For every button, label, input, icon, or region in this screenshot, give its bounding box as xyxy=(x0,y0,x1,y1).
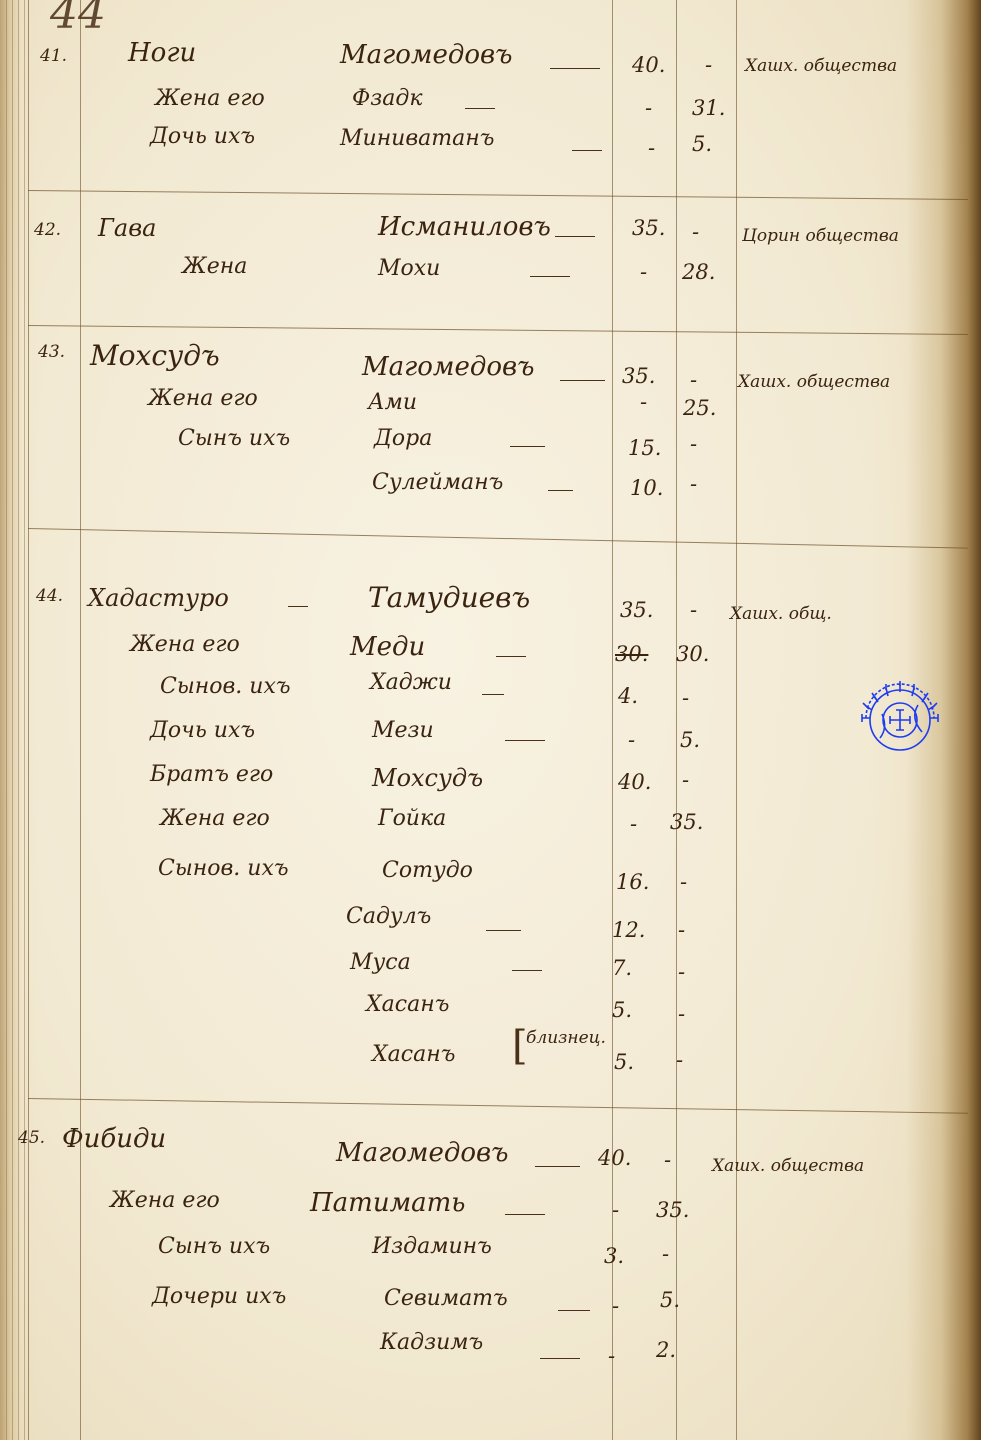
dash-line xyxy=(540,1358,580,1359)
age-male: 5. xyxy=(614,1052,634,1073)
relation: Жена его xyxy=(130,634,240,656)
age-male-struck: 30. xyxy=(615,644,648,665)
page-number-mark: 44 xyxy=(50,0,106,36)
age-female: - xyxy=(690,370,697,391)
age-female: 35. xyxy=(656,1200,689,1221)
name: Ами xyxy=(368,392,417,414)
head-name: Фибиди xyxy=(62,1126,166,1152)
dash-line xyxy=(505,1214,545,1215)
relation: Дочь ихъ xyxy=(150,126,255,148)
age-male: - xyxy=(630,814,637,835)
age-male: 3. xyxy=(604,1246,624,1267)
head-name: Ноги xyxy=(128,40,196,66)
age-female: - xyxy=(676,1050,683,1071)
age-male: - xyxy=(640,262,647,283)
dash-line xyxy=(465,108,495,109)
name: Миниватанъ xyxy=(340,128,494,150)
age-female: - xyxy=(664,1150,671,1171)
name: Фзадк xyxy=(352,88,422,110)
dash-line xyxy=(535,1166,580,1167)
dash-line xyxy=(510,446,545,447)
relation: Дочь ихъ xyxy=(150,720,255,742)
register-page: 44 41. Ноги Магомедовъ 40. - Хашх. общес… xyxy=(0,0,981,1440)
age-male: - xyxy=(612,1296,619,1317)
name: Хасанъ xyxy=(372,1044,455,1066)
age-female: 25. xyxy=(683,398,716,419)
surname: Исманиловъ xyxy=(378,214,551,240)
entry-separator xyxy=(28,1098,968,1114)
age-male: 35. xyxy=(622,366,655,387)
community: Хашх. общ. xyxy=(730,606,832,623)
surname: Магомедовъ xyxy=(340,42,512,68)
age-female: - xyxy=(692,222,699,243)
dash-line xyxy=(550,68,600,69)
twin-note: близнец. xyxy=(526,1030,606,1047)
relation: Дочери ихъ xyxy=(152,1286,286,1308)
name: Сотудо xyxy=(382,860,473,882)
entry-separator xyxy=(28,190,968,200)
surname: Тамудиевъ xyxy=(368,584,530,612)
binding-edge xyxy=(18,0,19,1440)
entry-number: 43. xyxy=(38,344,65,361)
relation: Сынов. ихъ xyxy=(160,676,291,698)
age-female: - xyxy=(662,1244,669,1265)
name: Мохсудъ xyxy=(372,766,483,790)
age-female: - xyxy=(678,920,685,941)
surname: Магомедовъ xyxy=(362,354,534,380)
age-male: 5. xyxy=(612,1000,632,1021)
age-female: - xyxy=(705,55,712,76)
community: Цорин общества xyxy=(742,228,899,245)
entry-number: 42. xyxy=(34,222,61,239)
head-name: Мохсудъ xyxy=(90,342,220,370)
dash-line xyxy=(560,380,605,381)
age-male: 40. xyxy=(632,55,665,76)
dash-line xyxy=(548,490,573,491)
relation: Братъ его xyxy=(150,764,273,786)
entry-number: 45. xyxy=(18,1130,45,1147)
dash-line xyxy=(558,1310,590,1311)
name: Дора xyxy=(374,428,432,450)
age-male: 7. xyxy=(612,958,632,979)
age-female: - xyxy=(690,474,697,495)
age-male: 40. xyxy=(618,772,651,793)
relation: Жена его xyxy=(110,1190,220,1212)
age-male: 35. xyxy=(632,218,665,239)
entry-separator xyxy=(28,325,968,335)
relation: Сынов. ихъ xyxy=(158,858,289,880)
age-female: - xyxy=(682,770,689,791)
column-rule-age-female xyxy=(676,0,677,1440)
surname: Магомедовъ xyxy=(336,1140,508,1166)
name: Патимать xyxy=(310,1190,465,1216)
age-male: 16. xyxy=(616,872,649,893)
age-female: 30. xyxy=(676,644,709,665)
age-male: 15. xyxy=(628,438,661,459)
binding-edge xyxy=(12,0,13,1440)
column-rule-number xyxy=(80,0,81,1440)
name: Хасанъ xyxy=(366,994,449,1016)
age-male: - xyxy=(612,1200,619,1221)
head-name: Гава xyxy=(98,216,156,240)
name: Муса xyxy=(350,952,411,974)
age-female: 2. xyxy=(656,1340,676,1361)
column-rule-community xyxy=(736,0,737,1440)
age-male: - xyxy=(648,138,655,159)
column-rule-age-male xyxy=(612,0,613,1440)
dash-line xyxy=(482,694,504,695)
community: Хашх. общества xyxy=(738,374,890,391)
name: Мохи xyxy=(378,258,440,280)
age-male: 35. xyxy=(620,600,653,621)
dash-line xyxy=(288,606,308,607)
dash-line xyxy=(530,276,570,277)
age-female: - xyxy=(690,600,697,621)
age-female: - xyxy=(678,1004,685,1025)
name: Хаджи xyxy=(370,672,452,694)
name: Кадзимъ xyxy=(380,1332,483,1354)
age-male: 12. xyxy=(612,920,645,941)
age-female: 5. xyxy=(692,134,712,155)
relation: Сынъ ихъ xyxy=(178,428,290,450)
age-female: - xyxy=(682,688,689,709)
entry-separator xyxy=(28,528,968,549)
name: Гойка xyxy=(378,808,446,830)
dash-line xyxy=(512,970,542,971)
binding-edge xyxy=(6,0,7,1440)
age-male: 40. xyxy=(598,1148,631,1169)
name: Садулъ xyxy=(346,906,431,928)
name: Издаминъ xyxy=(372,1236,492,1258)
relation: Сынъ ихъ xyxy=(158,1236,270,1258)
binding-edge xyxy=(24,0,25,1440)
dash-line xyxy=(486,930,521,931)
entry-number: 41. xyxy=(40,48,67,65)
dash-line xyxy=(572,150,602,151)
archive-stamp-icon xyxy=(852,670,948,756)
age-male: 4. xyxy=(618,686,638,707)
age-female: 5. xyxy=(680,730,700,751)
column-rule-margin xyxy=(28,0,29,1440)
age-female: - xyxy=(678,962,685,983)
age-female: 5. xyxy=(660,1290,680,1311)
age-female: 28. xyxy=(682,262,715,283)
community: Хашх. общества xyxy=(745,58,897,75)
age-male: - xyxy=(640,392,647,413)
community: Хашх. общества xyxy=(712,1158,864,1175)
name: Сулейманъ xyxy=(372,472,503,494)
age-male: 10. xyxy=(630,478,663,499)
dash-line xyxy=(555,236,595,237)
age-female: - xyxy=(680,872,687,893)
relation: Жена его xyxy=(148,388,258,410)
age-female: - xyxy=(690,434,697,455)
age-male: - xyxy=(645,98,652,119)
name: Мези xyxy=(372,720,434,742)
relation: Жена xyxy=(182,256,247,278)
dash-line xyxy=(496,656,526,657)
dash-line xyxy=(505,740,545,741)
name: Севиматъ xyxy=(384,1288,508,1310)
name: Меди xyxy=(350,634,425,660)
relation: Жена его xyxy=(155,88,265,110)
age-female: 35. xyxy=(670,812,703,833)
relation: Жена его xyxy=(160,808,270,830)
age-male: - xyxy=(628,730,635,751)
head-name: Хадастуро xyxy=(88,586,229,610)
age-male: - xyxy=(608,1346,615,1367)
age-female: 31. xyxy=(692,98,725,119)
entry-number: 44. xyxy=(36,588,63,605)
